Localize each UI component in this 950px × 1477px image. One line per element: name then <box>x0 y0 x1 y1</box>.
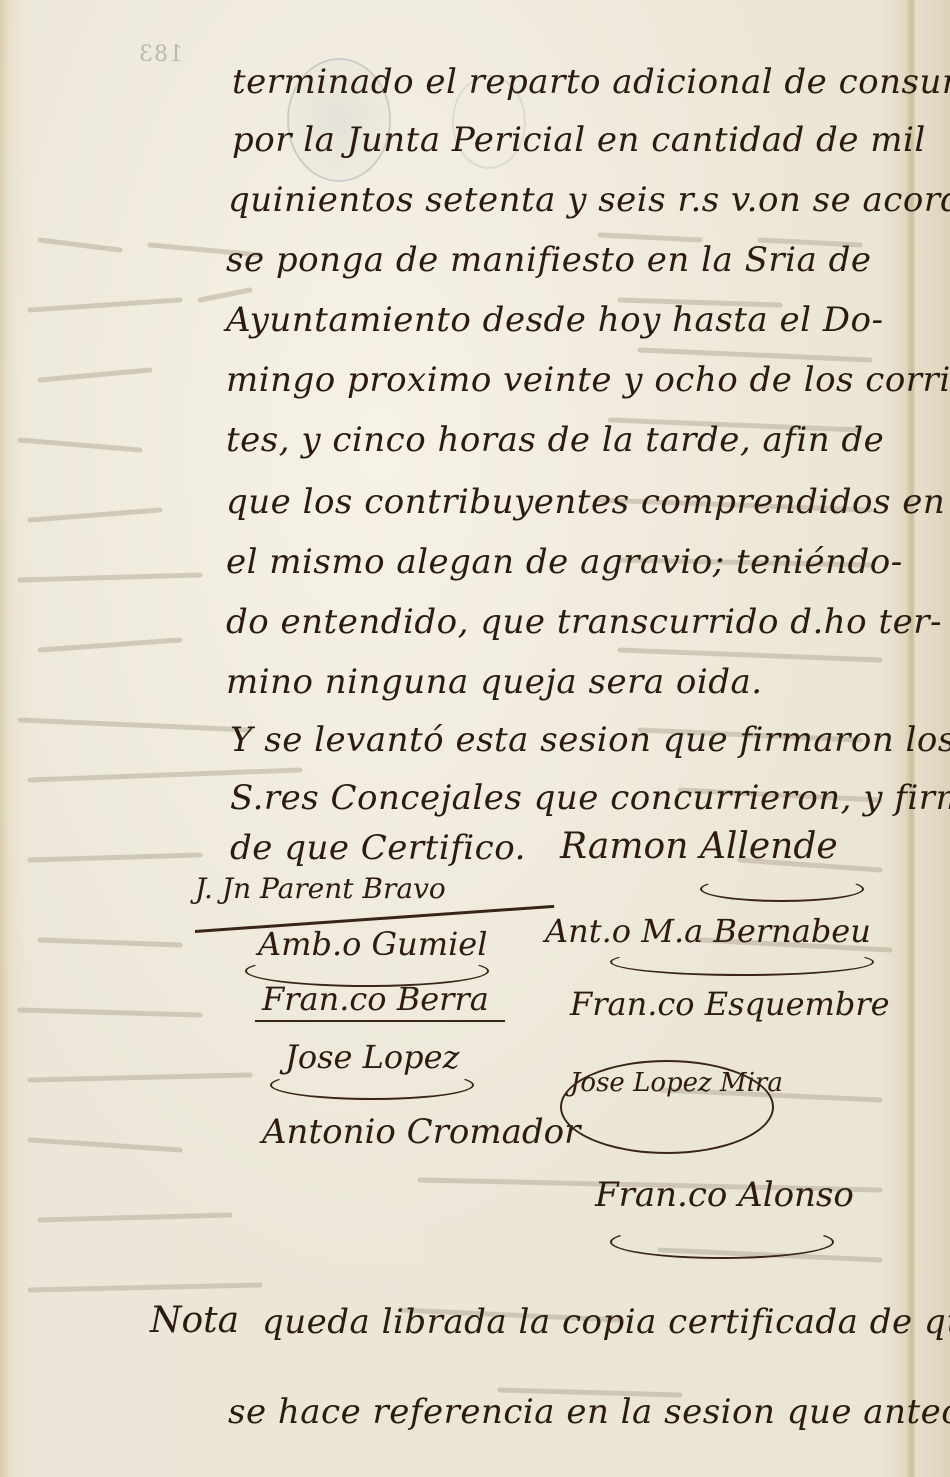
nota-label: Nota <box>150 1300 239 1341</box>
text-line: do entendido, que transcurrido d.ho ter- <box>226 602 942 642</box>
nota-line: se hace referencia en la sesion que ante… <box>228 1392 950 1432</box>
text-line: se ponga de manifiesto en la Sria de <box>226 240 871 280</box>
signature-flourish <box>700 876 864 902</box>
signature-flourish <box>610 948 874 976</box>
signature-right-2: Ant.o M.a Bernabeu <box>545 912 871 950</box>
text-line: Y se levantó esta sesion que firmaron lo… <box>230 720 950 760</box>
nota-line: queda librada la copia certificada de qu… <box>262 1302 950 1342</box>
signature-left-1: J. Jn Parent Bravo <box>195 872 446 905</box>
signature-left-3: Fran.co Berra <box>262 980 489 1018</box>
signature-right-1: Ramon Allende <box>560 826 838 867</box>
text-line: quinientos setenta y seis r.s v.on se ac… <box>228 180 950 220</box>
text-line: tes, y cinco horas de la tarde, afin de <box>226 420 884 460</box>
signature-right-3: Fran.co Esquembre <box>570 985 890 1023</box>
text-line: el mismo alegan de agravio; teniéndo- <box>226 542 903 582</box>
text-line: S.res Concejales que concurrieron, y fir… <box>230 778 950 818</box>
text-line: mino ninguna queja sera oida. <box>226 662 763 702</box>
signature-flourish <box>610 1225 834 1259</box>
text-line: mingo proximo veinte y ocho de los corri… <box>226 360 950 400</box>
signature-underline <box>255 1020 505 1022</box>
text-line: Ayuntamiento desde hoy hasta el Do- <box>226 300 883 340</box>
text-line: terminado el reparto adicional de consum… <box>232 62 950 102</box>
folio-number: 183 <box>138 42 183 67</box>
text-line: de que Certifico. <box>230 828 526 868</box>
signature-flourish <box>270 1070 474 1100</box>
signature-right-5: Fran.co Alonso <box>595 1175 854 1215</box>
signature-left-5: Antonio Cromador <box>262 1112 580 1152</box>
signature-flourish <box>560 1060 774 1154</box>
text-line: que los contribuyentes comprendidos en <box>226 482 945 522</box>
text-line: por la Junta Pericial en cantidad de mil <box>232 120 926 160</box>
manuscript-page: 183 terminado el reparto adicional de co… <box>0 0 950 1477</box>
